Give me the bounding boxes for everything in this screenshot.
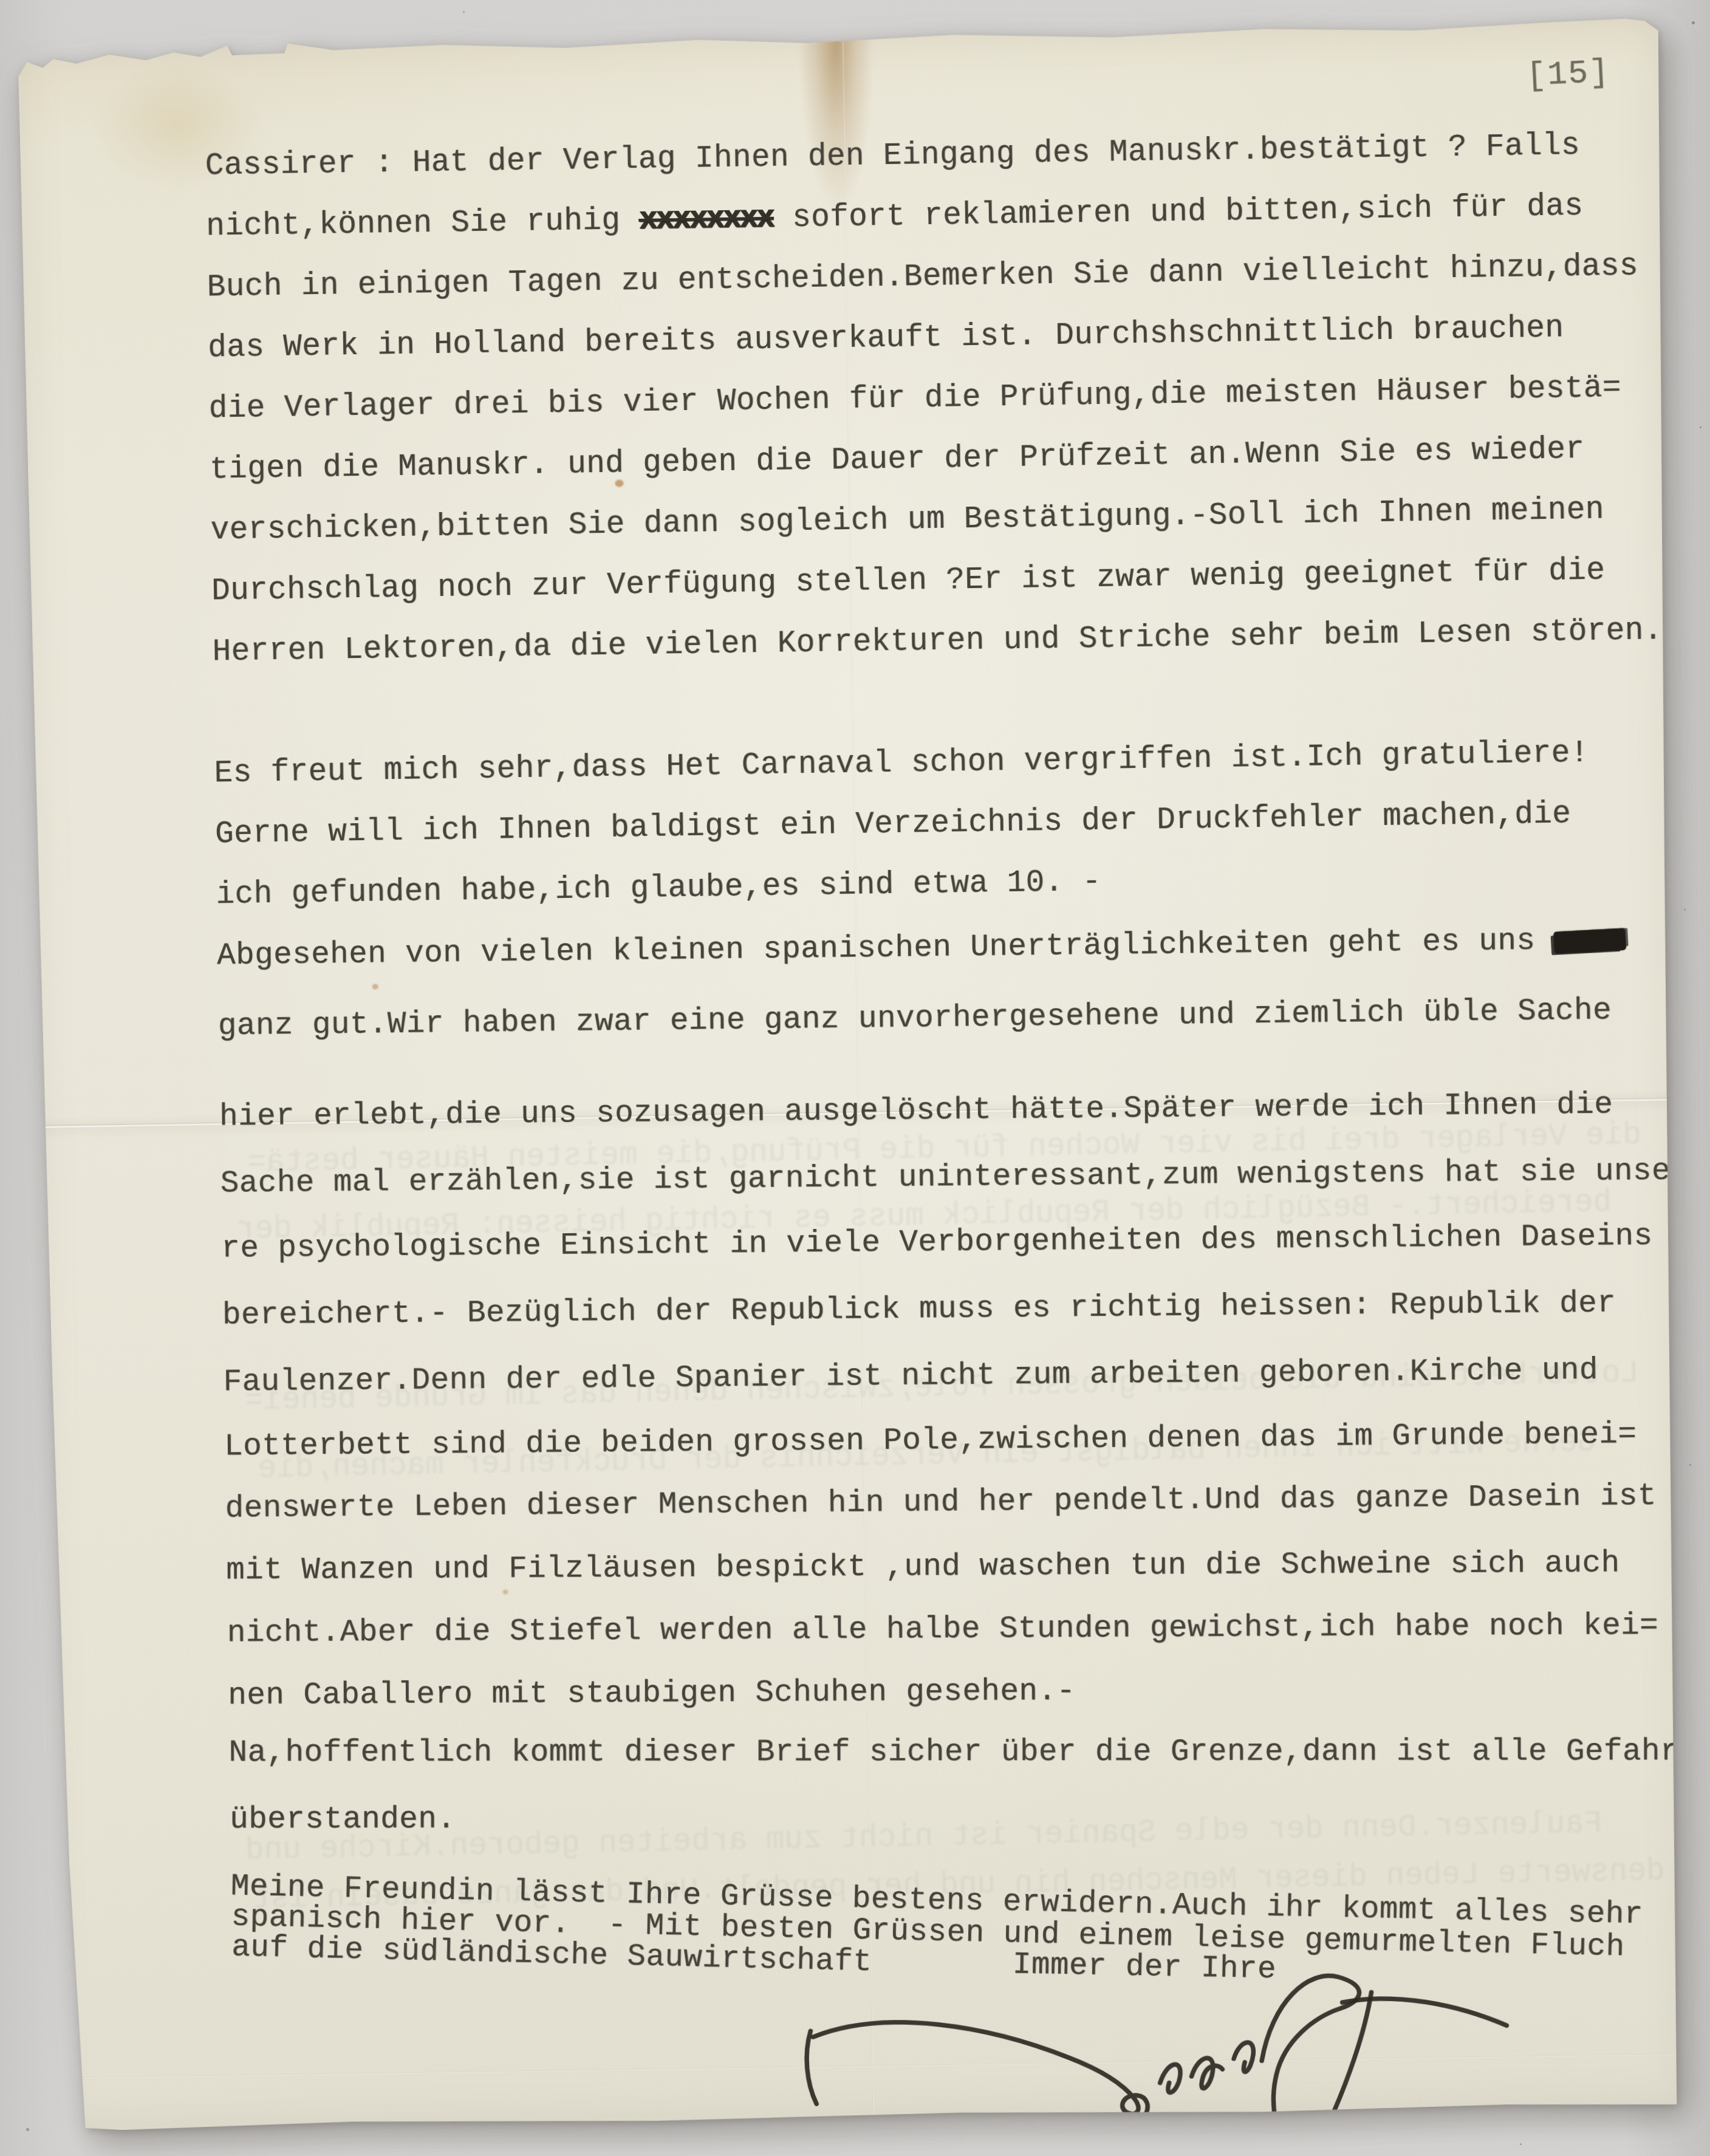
typed-line: Herren Lektoren,da die vielen Korrekture… (212, 614, 1663, 670)
page-number-annotation: [15] (1525, 54, 1610, 95)
foxing-spot (503, 1590, 508, 1595)
typed-line: das Werk in Holland bereits ausverkauft … (208, 312, 1564, 367)
typed-line: nen Caballero mit staubigen Schuhen gese… (228, 1674, 1076, 1714)
typed-line: mit Wanzen und Filzläusen bespickt ,und … (226, 1546, 1620, 1589)
typed-line: verschicken,bitten Sie dann sogleich um … (210, 493, 1604, 549)
typed-line: Gerne will ich Ihnen baldigst ein Verzei… (215, 797, 1571, 852)
typed-line: bereichert.- Bezüglich der Republick mus… (222, 1286, 1616, 1333)
typed-text: nicht,können Sie ruhig (206, 204, 640, 245)
typed-line: Na,hoffentlich kommt dieser Brief sicher… (228, 1734, 1678, 1771)
typed-line: die Verlager drei bis vier Wochen für di… (208, 371, 1621, 427)
typed-line: überstanden. (230, 1802, 456, 1838)
scanner-dust-specks (0, 0, 2, 2)
typed-line: Buch in einigen Tagen zu entscheiden.Bem… (207, 250, 1638, 306)
scanned-letter-screenshot: { "annotation": { "page_number": "[15]" … (0, 0, 1710, 2156)
foxing-spot (372, 984, 378, 990)
typed-line: Abgesehen von vielen kleinen spanischen … (217, 923, 1626, 974)
typed-line: ganz gut.Wir haben zwar eine ganz unvorh… (217, 993, 1612, 1044)
letter-page: die Verlager drei bis vier Wochen für di… (18, 17, 1689, 2131)
typed-text: sofort reklamieren und bitten,sich für d… (773, 190, 1584, 236)
typed-line: nicht.Aber die Stiefel werden alle halbe… (227, 1609, 1658, 1651)
typed-line: ich gefunden habe,ich glaube,es sind etw… (216, 865, 1101, 914)
typed-line: Durchschlag noch zur Verfügung stellen ?… (211, 554, 1606, 610)
typed-line: tigen die Manuskr. und geben die Dauer d… (210, 433, 1585, 488)
stain-top-fold (799, 25, 874, 208)
ink-blackout-redaction (1554, 928, 1627, 954)
typed-line: Es freut mich sehr,dass Het Carnaval sch… (214, 736, 1589, 792)
typed-over-strikeout: xxxxxxxx (639, 202, 774, 238)
letter-page-wrap: die Verlager drei bis vier Wochen für di… (18, 17, 1689, 2131)
typed-line: Cassirer : Hat der Verlag Ihnen den Eing… (205, 129, 1580, 185)
typed-text: Abgesehen von vielen kleinen spanischen … (217, 924, 1554, 974)
typed-line: nicht,können Sie ruhig xxxxxxxx sofort r… (206, 190, 1584, 245)
typed-line: denswerte Leben dieser Menschen hin und … (225, 1479, 1657, 1527)
